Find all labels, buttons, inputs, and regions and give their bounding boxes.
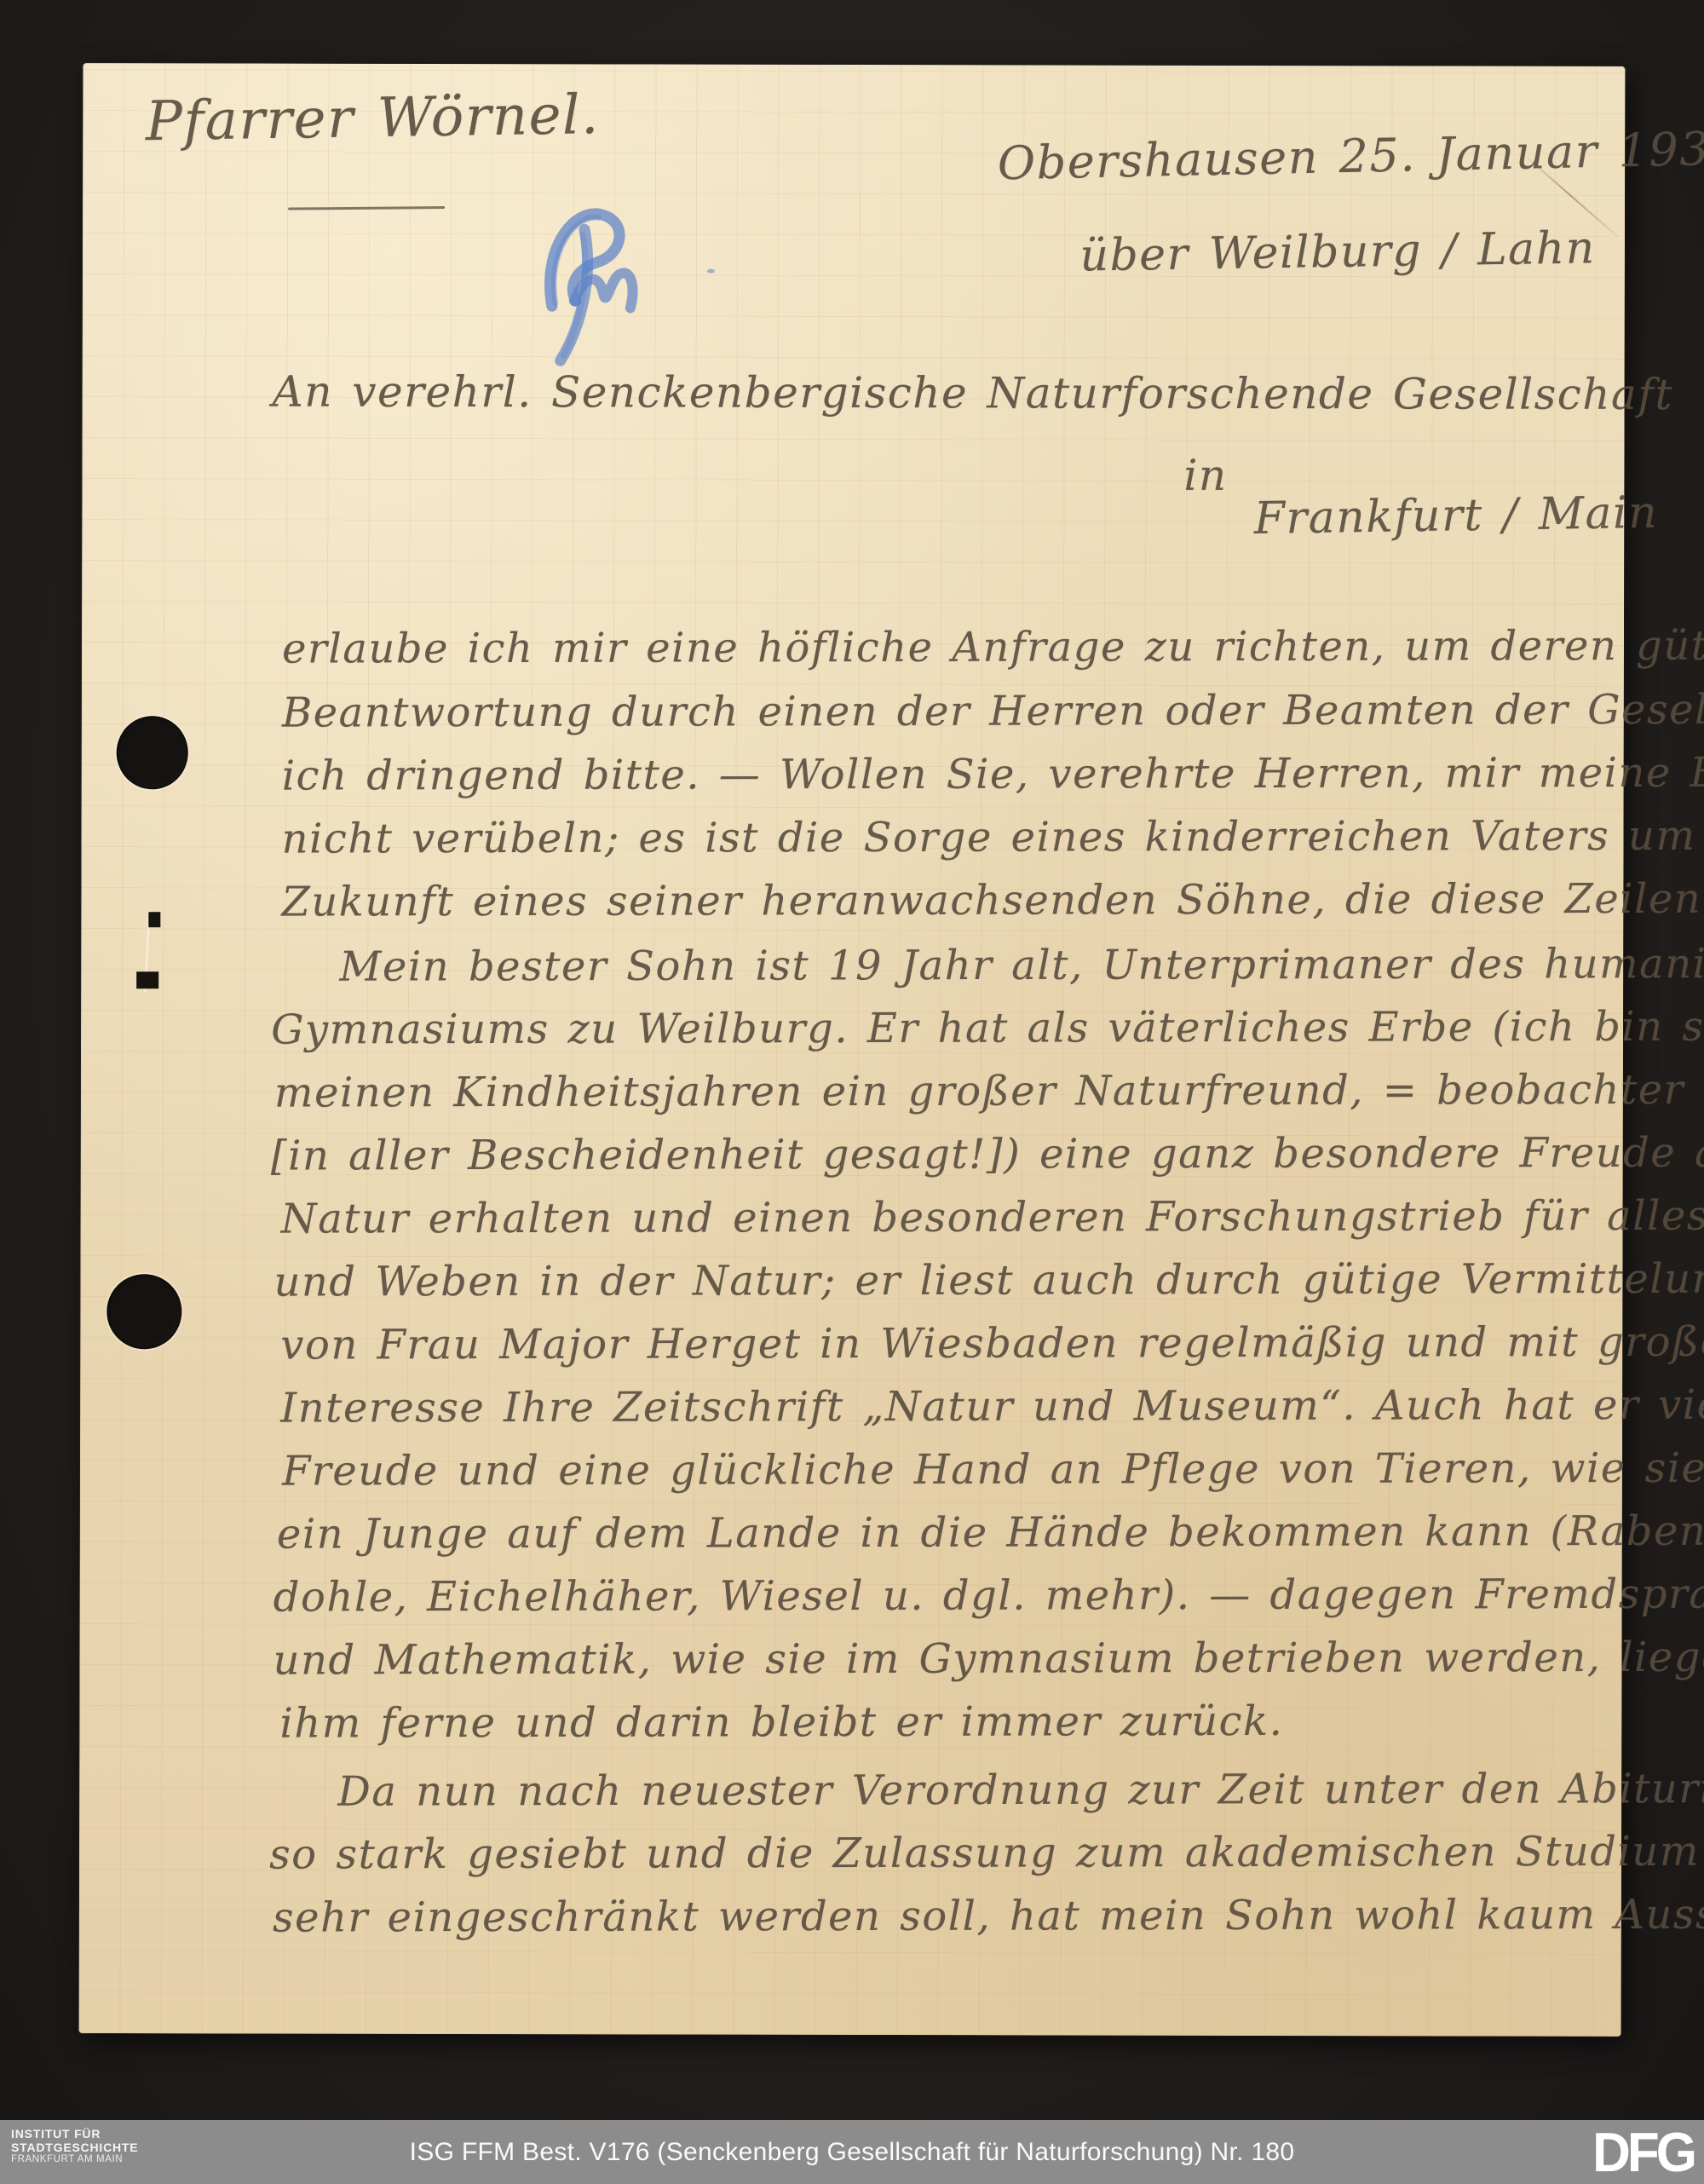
recipient-line-3: Frankfurt / Main <box>1253 487 1658 545</box>
body-line: Freude und eine glückliche Hand an Pfleg… <box>282 1444 1704 1495</box>
body-line: so stark gesiebt und die Zulassung zum a… <box>269 1828 1700 1879</box>
paper-tear-large <box>136 971 158 988</box>
recipient-line-1: An verehrl. Senckenbergische Naturforsch… <box>273 367 1673 419</box>
body-line: Beantwortung durch einen der Herren oder… <box>282 685 1704 736</box>
body-line: und Weben in der Natur; er liest auch du… <box>273 1255 1704 1306</box>
archive-citation: ISG FFM Best. V176 (Senckenberg Gesellsc… <box>0 2138 1704 2167</box>
recipient-line-2: in <box>1183 451 1227 500</box>
annotation-underline <box>288 206 445 210</box>
body-line: und Mathematik, wie sie im Gymnasium bet… <box>273 1634 1704 1685</box>
dateline-via: über Weilburg / Lahn <box>1079 222 1596 281</box>
letter-page: Pfarrer Wörnel. Obershausen 25. Januar 1… <box>79 63 1626 2037</box>
body-line: ich dringend bitte. — Wollen Sie, verehr… <box>282 749 1704 800</box>
body-line: Gymnasiums zu Weilburg. Er hat als väter… <box>271 1003 1704 1054</box>
annotation-sender-name: Pfarrer Wörnel. <box>145 84 600 153</box>
blue-crayon-monogram <box>523 197 670 374</box>
archive-footer: INSTITUT FÜR STADTGESCHICHTE FRANKFURT A… <box>0 2120 1704 2184</box>
body-line: [in aller Bescheidenheit gesagt!]) eine … <box>271 1128 1704 1179</box>
body-line: ihm ferne und darin bleibt er immer zurü… <box>279 1697 1283 1748</box>
body-line: Natur erhalten und einen besonderen Fors… <box>281 1191 1704 1242</box>
punch-hole-top <box>117 716 188 789</box>
body-line: dohle, Eichelhäher, Wiesel u. dgl. mehr)… <box>273 1570 1704 1621</box>
body-line: nicht verübeln; es ist die Sorge eines k… <box>282 812 1704 863</box>
body-line: Mein bester Sohn ist 19 Jahr alt, Unterp… <box>339 940 1704 991</box>
body-line: sehr eingeschränkt werden soll, hat mein… <box>273 1891 1704 1942</box>
dfg-logo: DFG <box>1592 2121 1694 2184</box>
punch-hole-bottom <box>106 1274 181 1349</box>
body-line: Interesse Ihre Zeitschrift „Natur und Mu… <box>280 1381 1704 1432</box>
body-line: meinen Kindheitsjahren ein großer Naturf… <box>274 1065 1704 1117</box>
body-line: von Frau Major Herget in Wiesbaden regel… <box>280 1318 1704 1369</box>
body-line: Zukunft eines seiner heranwachsenden Söh… <box>281 874 1704 925</box>
scan-background: Pfarrer Wörnel. Obershausen 25. Januar 1… <box>0 0 1704 2184</box>
dateline-place-date: Obershausen 25. Januar 1934 <box>997 121 1704 190</box>
body-line: erlaube ich mir eine höfliche Anfrage zu… <box>282 622 1704 673</box>
paper-tear-small <box>148 912 160 927</box>
blue-crayon-speck <box>707 269 715 274</box>
body-line: ein Junge auf dem Lande in die Hände bek… <box>277 1507 1704 1559</box>
body-line: Da nun nach neuester Verordnung zur Zeit… <box>337 1765 1704 1816</box>
